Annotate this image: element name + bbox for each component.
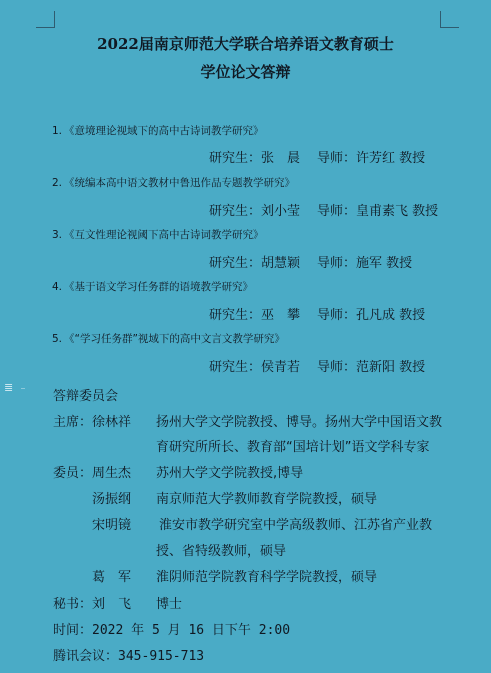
document-subtitle: 学位论文答辩 [0,61,491,82]
secretary-title: 博士 [156,593,182,612]
paragraph-icon: ≣ [4,381,13,394]
chair-description-line-1: 扬州大学文学院教授、博导。扬州大学中国语文教 [156,411,442,430]
chair-name: 徐林祥 [92,415,131,430]
chair-description-line-2: 育研究所所长、教育部“国培计划”语文学科专家 [156,436,429,455]
meeting-time-value: 2022 年 5 月 16 日下午 2:00 [92,623,290,638]
page-corner-marker-top-left [36,11,55,28]
advisor-name: 施军 教授 [356,256,412,271]
member-description-3-line-1: 淮安市教学研究室中学高级教师、江苏省产业教 [159,514,432,533]
thesis-credit-2: 研究生：刘小莹导师：皇甫素飞 教授 [209,200,438,219]
advisor-name: 许芳红 教授 [356,151,425,166]
collapse-dash-icon [21,388,25,389]
member-name-2: 汤振纲 [92,488,131,507]
thesis-credit-5: 研究生：侯青若导师：范新阳 教授 [209,356,425,375]
secretary-line: 秘书：刘 飞 [53,593,131,612]
thesis-title-5: 5.《“学习任务群”视域下的高中文言文教学研究》 [52,331,285,346]
student-name: 胡慧颖 [261,256,300,271]
member-name-4: 葛 军 [92,566,131,585]
member-name-3: 宋明镜 [92,514,131,533]
member-name-1: 周生杰 [92,462,131,481]
tencent-meeting-id: 345-915-713 [118,649,204,664]
thesis-title-2: 2.《统编本高中语文教材中鲁迅作品专题教学研究》 [52,175,295,190]
student-name: 侯青若 [261,360,300,375]
student-name: 巫 攀 [261,308,300,323]
thesis-credit-1: 研究生：张 晨导师：许芳红 教授 [209,147,425,166]
chair-label: 主席：徐林祥 [53,411,131,430]
meeting-time: 时间：2022 年 5 月 16 日下午 2:00 [53,619,290,638]
page-corner-marker-top-right [440,11,459,28]
advisor-name: 范新阳 教授 [356,360,425,375]
advisor-name: 孔凡成 教授 [356,308,425,323]
member-description-1: 苏州大学文学院教授,博导 [156,462,303,481]
tencent-meeting: 腾讯会议：345-915-713 [53,645,204,664]
thesis-credit-3: 研究生：胡慧颖导师：施军 教授 [209,252,412,271]
thesis-title-4: 4.《基于语文学习任务群的语境教学研究》 [52,279,253,294]
student-name: 张 晨 [261,151,300,166]
committee-heading: 答辩委员会 [53,385,118,404]
paragraph-nav-marker[interactable]: ≣ [4,381,25,394]
document-title: 2022届南京师范大学联合培养语文教育硕士 [0,33,491,54]
thesis-title-1: 1.《意境理论视域下的高中古诗词教学研究》 [52,123,264,138]
thesis-title-3: 3.《互文性理论视阈下高中古诗词教学研究》 [52,227,264,242]
student-name: 刘小莹 [261,204,300,219]
members-label: 委员： [53,462,92,481]
advisor-name: 皇甫素飞 教授 [356,204,438,219]
thesis-credit-4: 研究生：巫 攀导师：孔凡成 教授 [209,304,425,323]
member-description-4: 淮阴师范学院教育科学学院教授，硕导 [156,566,377,585]
secretary-name: 刘 飞 [92,597,131,612]
member-description-2: 南京师范大学教师教育学院教授，硕导 [156,488,377,507]
member-description-3-line-2: 授、省特级教师，硕导 [156,540,286,559]
